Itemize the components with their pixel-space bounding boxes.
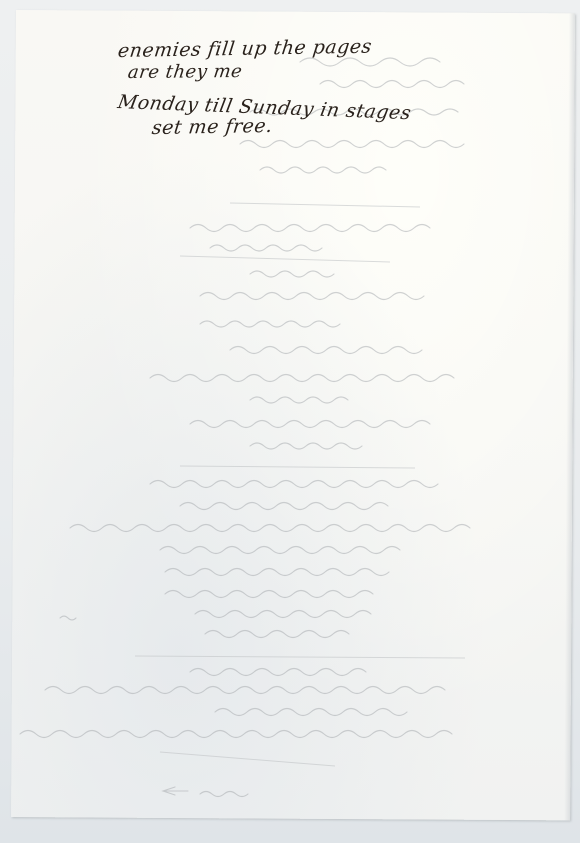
lyric-line: are they me xyxy=(127,61,244,83)
lyric-line: enemies fill up the pages xyxy=(117,36,374,62)
handwritten-lyrics: enemies fill up the pages are they me Mo… xyxy=(0,0,580,843)
lyric-line: set me free. xyxy=(151,115,274,139)
photograph: enemies fill up the pages are they me Mo… xyxy=(0,0,580,843)
